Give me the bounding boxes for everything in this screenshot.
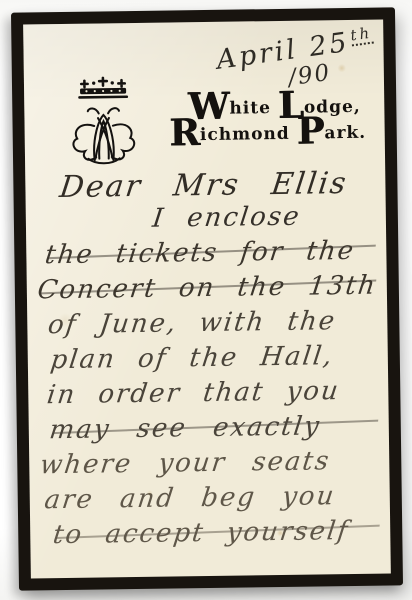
handwritten-line: Concert on the 13th (35, 270, 391, 310)
handwritten-line: where your seats (38, 445, 394, 485)
handwritten-line: the tickets for the (43, 235, 391, 275)
handwritten-line: in order that you (45, 375, 393, 415)
letter-body: Dear Mrs Ellis I enclose the tickets for… (31, 165, 390, 555)
handwritten-line: to accept yourself (51, 515, 395, 555)
cipher-icon (64, 103, 143, 166)
handwritten-line: I enclose (150, 200, 390, 238)
handwritten-line: may see exactly (47, 410, 393, 450)
letter-photo: April 25th /90 (0, 0, 412, 600)
handwritten-line: of June, with the (46, 305, 392, 345)
letter-paper: April 25th /90 (23, 20, 391, 579)
date-suffix: th (350, 24, 374, 47)
letterhead-line2: Richmond Park. (167, 118, 369, 151)
coronet-icon (71, 75, 135, 104)
handwritten-line: are and beg you (42, 480, 394, 520)
handwritten-line-salutation: Dear Mrs Ellis (58, 165, 390, 205)
royal-monogram (60, 75, 147, 166)
letterhead: White Lodge, Richmond Park. (166, 92, 383, 151)
handwritten-line: plan of the Hall, (48, 340, 392, 380)
mourning-border-card: April 25th /90 (11, 7, 403, 590)
